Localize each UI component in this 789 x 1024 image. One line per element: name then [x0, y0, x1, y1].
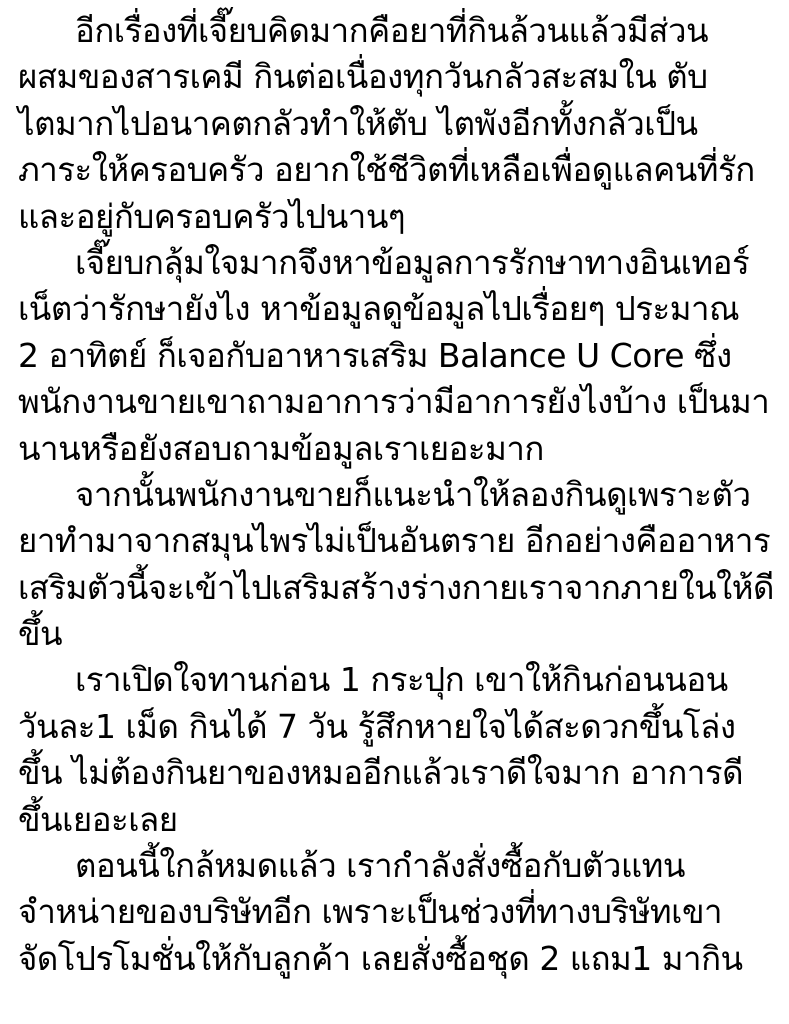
- text-line: เสริมตัวนี้จะเข้าไปเสริมสร้างร่างกายเราจ…: [18, 565, 788, 611]
- text-line: ขึ้นเยอะเลย: [18, 797, 788, 843]
- text-line: จากนั้นพนักงานขายก็แนะนำให้ลองกินดูเพราะ…: [18, 472, 788, 518]
- text-line: เน็ตว่ารักษายังไง หาข้อมูลดูข้อมูลไปเรื่…: [18, 286, 788, 332]
- paragraph-4: เราเปิดใจทานก่อน 1 กระปุก เขาให้กินก่อนน…: [18, 657, 788, 843]
- text-line: ไตมากไปอนาคตกลัวทำให้ตับ ไตพังอีกทั้งกลั…: [18, 101, 788, 147]
- text-line: ภาระให้ครอบครัว อยากใช้ชีวิตที่เหลือเพื่…: [18, 147, 788, 193]
- text-line: ผสมของสารเคมี กินต่อเนื่องทุกวันกลัวสะสม…: [18, 54, 788, 100]
- paragraph-5: ตอนนี้ใกล้หมดแล้ว เรากำลังสั่งซื้อกับตัว…: [18, 843, 788, 982]
- paragraph-3: จากนั้นพนักงานขายก็แนะนำให้ลองกินดูเพราะ…: [18, 472, 788, 658]
- text-line: เจี๊ยบกลุ้มใจมากจึงหาข้อมูลการรักษาทางอิ…: [18, 240, 788, 286]
- text-line: พนักงานขายเขาถามอาการว่ามีอาการยังไงบ้าง…: [18, 379, 788, 425]
- text-line: นานหรือยังสอบถามข้อมูลเราเยอะมาก: [18, 426, 788, 472]
- text-line: จัดโปรโมชั่นให้กับลูกค้า เลยสั่งซื้อชุด …: [18, 936, 788, 982]
- text-line: จำหน่ายของบริษัทอีก เพราะเป็นช่วงที่ทางบ…: [18, 889, 788, 935]
- text-line: 2 อาทิตย์ ก็เจอกับอาหารเสริม Balance U C…: [18, 333, 788, 379]
- text-line: วันละ1 เม็ด กินได้ 7 วัน รู้สึกหายใจได้ส…: [18, 704, 788, 750]
- text-line: ตอนนี้ใกล้หมดแล้ว เรากำลังสั่งซื้อกับตัว…: [18, 843, 788, 889]
- text-line: ยาทำมาจากสมุนไพรไม่เป็นอันตราย อีกอย่างค…: [18, 518, 788, 564]
- paragraph-2: เจี๊ยบกลุ้มใจมากจึงหาข้อมูลการรักษาทางอิ…: [18, 240, 788, 472]
- text-line: เราเปิดใจทานก่อน 1 กระปุก เขาให้กินก่อนน…: [18, 657, 788, 703]
- paragraph-1: อีกเรื่องที่เจี๊ยบคิดมากคือยาที่กินล้วนแ…: [18, 8, 788, 240]
- text-line: ขึ้น ไม่ต้องกินยาของหมออีกแล้วเราดีใจมาก…: [18, 750, 788, 796]
- text-line: ขึ้น: [18, 611, 788, 657]
- document-body: อีกเรื่องที่เจี๊ยบคิดมากคือยาที่กินล้วนแ…: [18, 8, 788, 982]
- text-line: อีกเรื่องที่เจี๊ยบคิดมากคือยาที่กินล้วนแ…: [18, 8, 788, 54]
- text-line: และอยู่กับครอบครัวไปนานๆ: [18, 194, 788, 240]
